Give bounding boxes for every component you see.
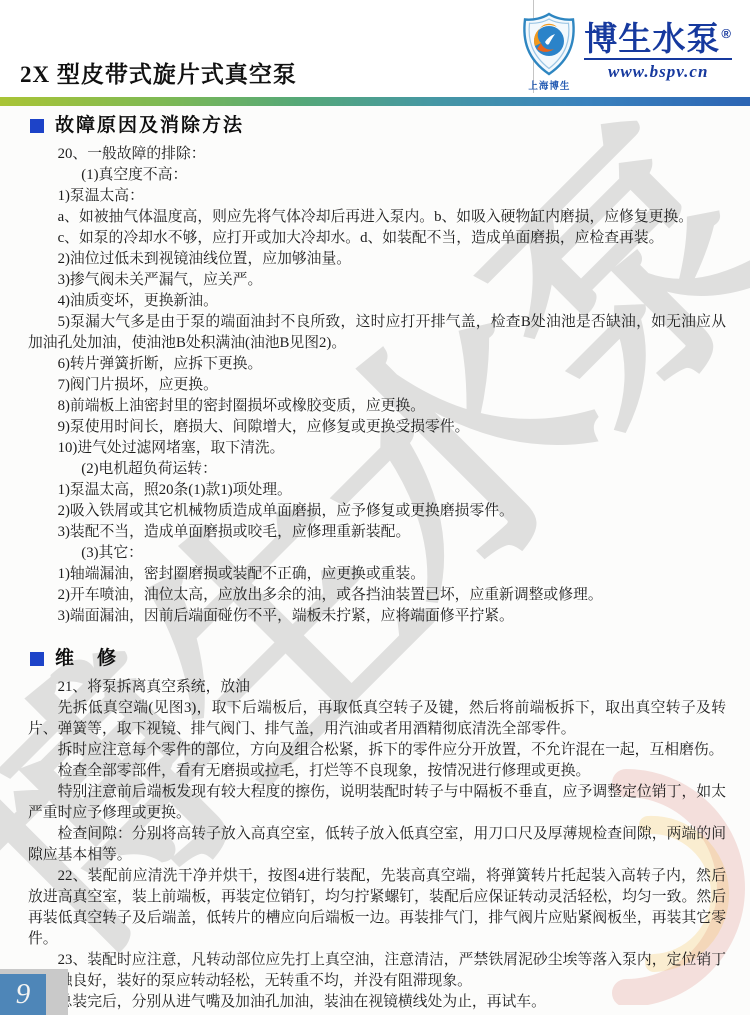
paragraph: 6)转片弹簧折断，应拆下更换。 — [28, 354, 726, 375]
blue-square-bullet — [30, 652, 44, 666]
paragraph: 检查全部零部件，看有无磨损或拉毛，打烂等不良现象，按情况进行修理或更换。 — [28, 761, 726, 782]
brand-rule — [584, 58, 732, 60]
logo-shield-column: 上海博生 — [519, 12, 579, 92]
blue-square-bullet — [30, 119, 44, 133]
paragraph: 8)前端板上油密封里的密封圈损坏或橡胶变质，应更换。 — [28, 396, 726, 417]
page-header: 2X 型皮带式旋片式真空泵 上海博生 博生水泵® www.bsp — [0, 0, 750, 97]
section-heading: 故障原因及消除方法 — [30, 114, 726, 138]
paragraph: 2)油位过低未到视镜油线位置，应加够油量。 — [28, 249, 726, 270]
brand-name: 博生水泵® — [584, 22, 732, 55]
paragraph: 2)开车喷油，油位太高，应放出多余的油，或各挡油装置已坏，应重新调整或修理。 — [28, 585, 726, 606]
paragraph: 检查间隙：分别将高转子放入高真空室，低转子放入低真空室，用刀口尺及厚薄规检查间隙… — [28, 824, 726, 866]
pump-shield-icon — [521, 12, 577, 76]
content: 故障原因及消除方法20、一般故障的排除：(1)真空度不高：1)泵温太高：a、如被… — [0, 114, 750, 1013]
document-page: 2X 型皮带式旋片式真空泵 上海博生 博生水泵® www.bsp — [0, 0, 750, 1015]
paragraph: 3)掺气阀未关严漏气，应关严。 — [28, 270, 726, 291]
section-gap — [28, 627, 726, 639]
paragraph: 特别注意前后端板发现有较大程度的擦伤，说明装配时转子与中隔板不垂直，应予调整定位… — [28, 782, 726, 824]
paragraph: 7)阀门片损坏，应更换。 — [28, 375, 726, 396]
paragraph: (1)真空度不高： — [28, 165, 726, 186]
paragraph: 1)泵温太高： — [28, 186, 726, 207]
paragraph: (3)其它： — [28, 543, 726, 564]
section-heading-label: 维 修 — [55, 647, 118, 671]
paragraph: 4)油质变坏，更换新油。 — [28, 291, 726, 312]
paragraph: 3)装配不当，造成单面磨损或咬毛，应修理重新装配。 — [28, 522, 726, 543]
paragraph: 2)吸入铁屑或其它机械物质造成单面磨损，应予修复或更换磨损零件。 — [28, 501, 726, 522]
paragraph: a、如被抽气体温度高，则应先将气体冷却后再进入泵内。b、如吸入硬物缸内磨损，应修… — [28, 207, 726, 228]
logo-text-block: 博生水泵® www.bspv.cn — [584, 12, 732, 82]
section-heading: 维 修 — [30, 647, 726, 671]
paragraph: 5)泵漏大气多是由于泵的端面油封不良所致，这时应打开排气盖，检查B处油池是否缺油… — [28, 312, 726, 354]
brand-url: www.bspv.cn — [584, 62, 732, 82]
page-number: 9 — [16, 980, 31, 1009]
brand-name-text: 博生水泵 — [584, 20, 720, 57]
paragraph: 10)进气处过滤网堵塞，取下清洗。 — [28, 438, 726, 459]
paragraph: 总装完后，分别从进气嘴及加油孔加油，装油在视镜横线处为止，再试车。 — [28, 992, 726, 1013]
paragraph: 9)泵使用时间长，磨损大、间隙增大，应修复或更换受损零件。 — [28, 417, 726, 438]
paragraph: c、如泵的冷却水不够，应打开或加大冷却水。d、如装配不当，造成单面磨损，应检查再… — [28, 228, 726, 249]
page-title: 2X 型皮带式旋片式真空泵 — [20, 56, 297, 89]
registered-mark: ® — [721, 26, 732, 41]
paragraph: 22、装配前应清洗干净并烘干，按图4进行装配，先装高真空端，将弹簧转片托起装入高… — [28, 866, 726, 950]
paragraph: 3)端面漏油，因前后端面碰伤不平，端板未拧紧，应将端面修平拧紧。 — [28, 606, 726, 627]
paragraph: (2)电机超负荷运转： — [28, 459, 726, 480]
brand-logo: 上海博生 博生水泵® www.bspv.cn — [519, 12, 732, 92]
paragraph: 1)泵温太高，照20条(1)款1)项处理。 — [28, 480, 726, 501]
section-heading-label: 故障原因及消除方法 — [55, 114, 244, 138]
paragraph: 21、将泵拆离真空系统，放油 — [28, 677, 726, 698]
paragraph: 拆时应注意每个零件的部位，方向及组合松紧，拆下的零件应分开放置，不允许混在一起，… — [28, 740, 726, 761]
paragraph: 先拆低真空端(见图3)，取下后端板后，再取低真空转子及键，然后将前端板拆下，取出… — [28, 698, 726, 740]
paragraph: 20、一般故障的排除： — [28, 144, 726, 165]
paragraph: 1)轴端漏油，密封圈磨损或装配不正确，应更换或重装。 — [28, 564, 726, 585]
paragraph: 23、装配时应注意，凡转动部位应先打上真空油，注意清洁，严禁铁屑泥砂尘埃等落入泵… — [28, 950, 726, 992]
header-gradient-bar — [0, 97, 750, 106]
logo-sub-label: 上海博生 — [519, 78, 579, 92]
page-number-badge: 9 — [0, 974, 46, 1015]
